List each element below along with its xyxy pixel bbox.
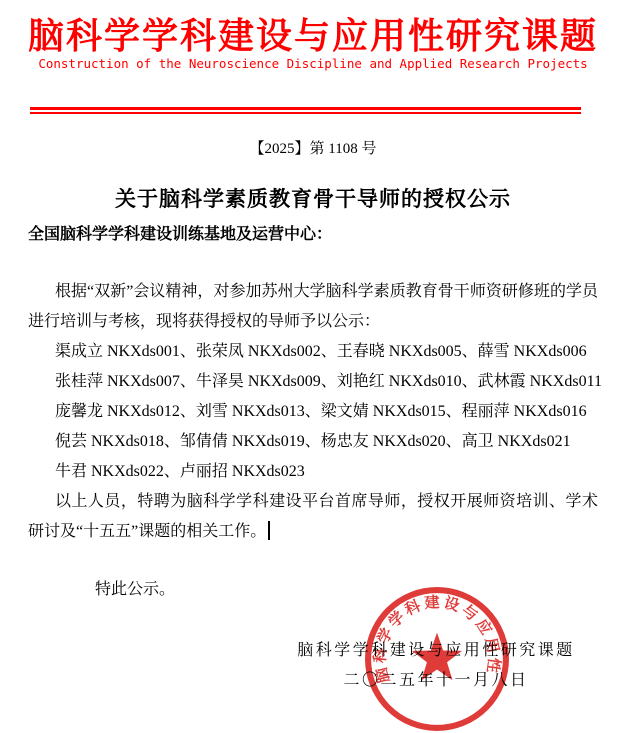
official-seal: 脑科学学科建设与应用性研究课题 — [363, 585, 511, 733]
letterhead-subtitle: Construction of the Neuroscience Discipl… — [0, 56, 626, 71]
mentor-line: 张桂萍 NKXds007、牛泽昊 NKXds009、刘艳红 NKXds010、武… — [28, 367, 598, 397]
authorization-paragraph[interactable]: 以上人员，特聘为脑科学学科建设平台首席导师，授权开展师资培训、学术研讨及“十五五… — [28, 487, 598, 547]
seal-star-icon — [412, 633, 462, 681]
notice-title: 关于脑科学素质教育骨干导师的授权公示 — [0, 183, 626, 213]
text-caret — [268, 521, 270, 540]
mentor-line: 庞馨龙 NKXds012、刘雪 NKXds013、梁文婧 NKXds015、程丽… — [28, 397, 598, 427]
document-number: 【2025】第 1108 号 — [0, 137, 626, 158]
double-red-rule — [30, 107, 581, 114]
letterhead-title: 脑科学学科建设与应用性研究课题 — [0, 8, 626, 59]
mentor-line: 渠成立 NKXds001、张荣凤 NKXds002、王春晓 NKXds005、薛… — [28, 337, 598, 367]
addressee-line: 全国脑科学学科建设训练基地及运营中心： — [28, 221, 332, 244]
mentor-line: 牛君 NKXds022、卢丽招 NKXds023 — [28, 457, 598, 487]
authorization-text: 以上人员，特聘为脑科学学科建设平台首席导师，授权开展师资培训、学术研讨及“十五五… — [28, 493, 598, 540]
intro-paragraph: 根据“双新”会议精神，对参加苏州大学脑科学素质教育骨干师资研修班的学员进行培训与… — [28, 277, 598, 337]
mentor-line: 倪芸 NKXds018、邹倩倩 NKXds019、杨忠友 NKXds020、高卫… — [28, 427, 598, 457]
notice-document: 脑科学学科建设与应用性研究课题 Construction of the Neur… — [0, 0, 626, 733]
document-body: 根据“双新”会议精神，对参加苏州大学脑科学素质教育骨干师资研修班的学员进行培训与… — [28, 277, 598, 547]
closing-line: 特此公示。 — [95, 576, 175, 599]
